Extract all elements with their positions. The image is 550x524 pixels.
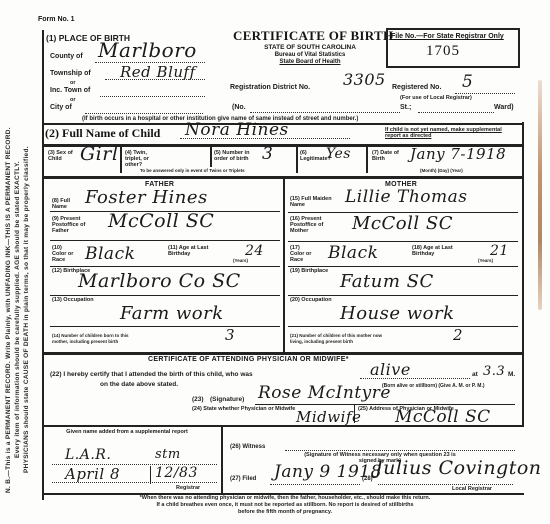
township-value: Red Bluff bbox=[120, 63, 196, 81]
or-separator: or bbox=[70, 80, 76, 86]
father-birthplace-value: Marlboro Co SC bbox=[78, 270, 241, 292]
father-age-label: (11) Age at Last Birthday bbox=[168, 245, 228, 257]
city-label: City of bbox=[50, 104, 72, 111]
st-label: St.; bbox=[400, 104, 411, 111]
registered-no-value: 5 bbox=[462, 72, 473, 92]
file-number: 1705 bbox=[426, 43, 460, 60]
father-residence-label: (9) Present Postoffice of Father bbox=[52, 216, 92, 234]
mother-children-label: (21) Number of children of this mother n… bbox=[290, 333, 385, 345]
supplemental-line2: April 8 bbox=[65, 465, 120, 483]
side-text-line: PHYSICIANS should state CAUSE OF DEATH i… bbox=[22, 110, 31, 510]
mother-color-value: Black bbox=[328, 243, 378, 263]
time-value: 3.3 bbox=[483, 364, 505, 379]
father-children-label: (14) Number of children born to this mot… bbox=[52, 333, 142, 345]
registrar-line bbox=[378, 484, 513, 485]
county-label: County of bbox=[50, 53, 83, 60]
local-registrar-label: Local Registrar bbox=[452, 486, 492, 492]
father-name-label: (8) Full Name bbox=[52, 198, 74, 210]
registration-district-value: 3305 bbox=[343, 70, 386, 89]
mother-maiden-name-value: Lillie Thomas bbox=[345, 187, 468, 207]
mother-birthplace-value: Fatum SC bbox=[340, 271, 434, 292]
father-color-label: (10) Color or Race bbox=[52, 245, 77, 263]
supplemental-line2-date: 12/83 bbox=[155, 465, 198, 481]
date-of-birth-label: (7) Date of Birth bbox=[372, 150, 402, 162]
attendant-type-label: (24) State whether Physician or Midwife bbox=[192, 406, 295, 412]
divider bbox=[288, 326, 518, 327]
mother-age-value: 21 bbox=[490, 243, 509, 259]
divider bbox=[288, 266, 518, 267]
time-suffix: M. bbox=[508, 371, 515, 378]
mother-color-label: (17) Color or Race bbox=[290, 245, 315, 263]
mother-residence-label: (16) Present Postoffice of Mother bbox=[290, 216, 330, 234]
witness-line bbox=[285, 450, 515, 451]
date-of-birth-value: Jany 7-1918 bbox=[410, 145, 506, 163]
mother-children-value: 2 bbox=[453, 326, 463, 344]
birth-certificate-page: N. B.—This is a PERMANENT RECORD. Write … bbox=[0, 0, 550, 524]
form-number: Form No. 1 bbox=[38, 16, 75, 23]
legitimate-value: Yes bbox=[326, 146, 351, 162]
father-age-value: 24 bbox=[245, 243, 264, 259]
footnote: *When there was no attending physician o… bbox=[50, 495, 520, 516]
sex-label: (3) Sex of Child bbox=[48, 150, 74, 162]
attendant-type-value: Midwife bbox=[296, 408, 361, 426]
divider bbox=[50, 295, 280, 296]
child-name-value: Nora Hines bbox=[185, 120, 289, 140]
divider bbox=[42, 425, 524, 427]
file-number-box: File No.—For State Registrar Only 1705 bbox=[386, 28, 520, 68]
sex-value: Girl bbox=[80, 143, 118, 165]
divider bbox=[210, 147, 212, 167]
witness-label: (26) Witness bbox=[230, 444, 265, 450]
inc-town-label: Inc. Town of bbox=[50, 87, 90, 94]
parent-column-divider bbox=[283, 179, 285, 354]
certify-value: alive bbox=[370, 360, 411, 379]
father-age-unit: (Years) bbox=[233, 258, 248, 264]
ward-line bbox=[418, 112, 494, 113]
divider bbox=[150, 466, 151, 484]
date-of-birth-note: (Month) (Day) (Year) bbox=[420, 168, 463, 174]
side-margin-instructions: N. B.—This is a PERMANENT RECORD. Write … bbox=[4, 110, 38, 510]
attendant-address-value: McColl SC bbox=[395, 407, 491, 427]
divider bbox=[120, 147, 122, 173]
divider bbox=[288, 295, 518, 296]
not-named-note: If child is not yet named, make suppleme… bbox=[385, 127, 517, 139]
supplemental-line1-extra: stm bbox=[155, 447, 181, 462]
child-name-label: (2) Full Name of Child bbox=[45, 126, 160, 141]
divider bbox=[50, 266, 280, 267]
registrar-number: (28) bbox=[362, 476, 373, 482]
father-residence-value: McColl SC bbox=[108, 210, 214, 232]
side-text-line: N. B.—This is a PERMANENT RECORD. Write … bbox=[4, 110, 13, 510]
filed-label: (27) Filed bbox=[230, 476, 256, 482]
mother-birthplace-label: (19) Birthplace bbox=[290, 268, 328, 274]
divider bbox=[50, 240, 280, 241]
father-color-value: Black bbox=[85, 244, 135, 264]
supplemental-registrar-label: Registrar bbox=[176, 485, 200, 491]
attendant-section-title: CERTIFICATE OF ATTENDING PHYSICIAN OR MI… bbox=[148, 356, 349, 363]
divider bbox=[42, 352, 524, 355]
attendant-signature: Rose McIntyre bbox=[258, 383, 391, 403]
local-registrar-signature: Julius Covington bbox=[375, 457, 542, 479]
filed-line bbox=[270, 484, 360, 485]
twins-label: (4) Twin, triplet, or other? bbox=[125, 150, 165, 168]
bureau-name: Bureau of Vital Statistics bbox=[230, 52, 390, 58]
mother-residence-value: McColl SC bbox=[352, 213, 453, 234]
ward-label: Ward) bbox=[494, 104, 514, 111]
mother-occupation-label: (20) Occupation bbox=[290, 297, 332, 303]
mother-age-unit: (Years) bbox=[478, 258, 493, 264]
father-occupation-label: (13) Occupation bbox=[52, 297, 94, 303]
father-name-value: Foster Hines bbox=[85, 187, 208, 208]
county-value: Marlboro bbox=[98, 38, 197, 62]
signature-label: (Signature) bbox=[210, 396, 244, 403]
registered-no-line bbox=[455, 93, 515, 94]
time-label: at bbox=[472, 371, 478, 378]
frame-right-border bbox=[522, 122, 524, 425]
frame-left-border bbox=[42, 30, 44, 500]
certificate-title: CERTIFICATE OF BIRTH bbox=[233, 28, 393, 44]
signature-number: (23) bbox=[192, 396, 204, 403]
father-occupation-value: Farm work bbox=[120, 303, 224, 324]
footnote-line: *When there was no attending physician o… bbox=[50, 495, 520, 502]
board-name: State Board of Health bbox=[230, 59, 390, 65]
city-line bbox=[85, 113, 203, 114]
divider bbox=[50, 326, 280, 327]
file-box-label: File No.—For State Registrar Only bbox=[391, 33, 504, 40]
divider bbox=[296, 147, 298, 173]
mother-age-label: (18) Age at Last Birthday bbox=[412, 245, 467, 257]
time-note: (Born alive or stillborn) (Give A. M. or… bbox=[382, 383, 485, 389]
paper-edge-stain bbox=[538, 80, 542, 310]
township-label: Township of bbox=[50, 70, 91, 77]
registered-no-label: Registered No. bbox=[392, 84, 441, 91]
divider bbox=[366, 147, 368, 173]
certify-label: (22) I hereby certify that I attended th… bbox=[50, 371, 253, 378]
state-name: STATE OF SOUTH CAROLINA bbox=[230, 44, 390, 51]
street-line bbox=[250, 112, 400, 113]
street-label: (No. bbox=[232, 104, 246, 111]
mother-maiden-name-label: (15) Full Maiden Name bbox=[290, 196, 335, 208]
supplemental-label: Given name added from a supplemental rep… bbox=[52, 429, 202, 435]
supplemental-box-divider bbox=[221, 425, 223, 493]
or-separator: or bbox=[70, 97, 76, 103]
side-text-line: Every item of information should be care… bbox=[13, 110, 22, 510]
mother-occupation-value: House work bbox=[340, 303, 455, 324]
supplemental-line1: L.A.R. bbox=[65, 447, 111, 463]
registered-no-note: (For use of Local Registrar) bbox=[400, 95, 472, 101]
date-stated-label: on the date above stated. bbox=[100, 381, 178, 388]
divider bbox=[255, 404, 515, 405]
registration-district-label: Registration District No. bbox=[230, 84, 310, 91]
footnote-line: If a child breathes even once, it must n… bbox=[50, 502, 520, 509]
birth-order-label: (5) Number in order of birth bbox=[214, 150, 254, 162]
birth-order-value: 3 bbox=[262, 144, 273, 164]
footnote-line: before the fifth month of pregnancy. bbox=[50, 509, 520, 516]
divider bbox=[288, 241, 518, 242]
inc-town-line bbox=[100, 96, 205, 97]
father-children-value: 3 bbox=[225, 326, 235, 344]
twins-note: To be answered only in event of Twins or… bbox=[140, 168, 245, 174]
